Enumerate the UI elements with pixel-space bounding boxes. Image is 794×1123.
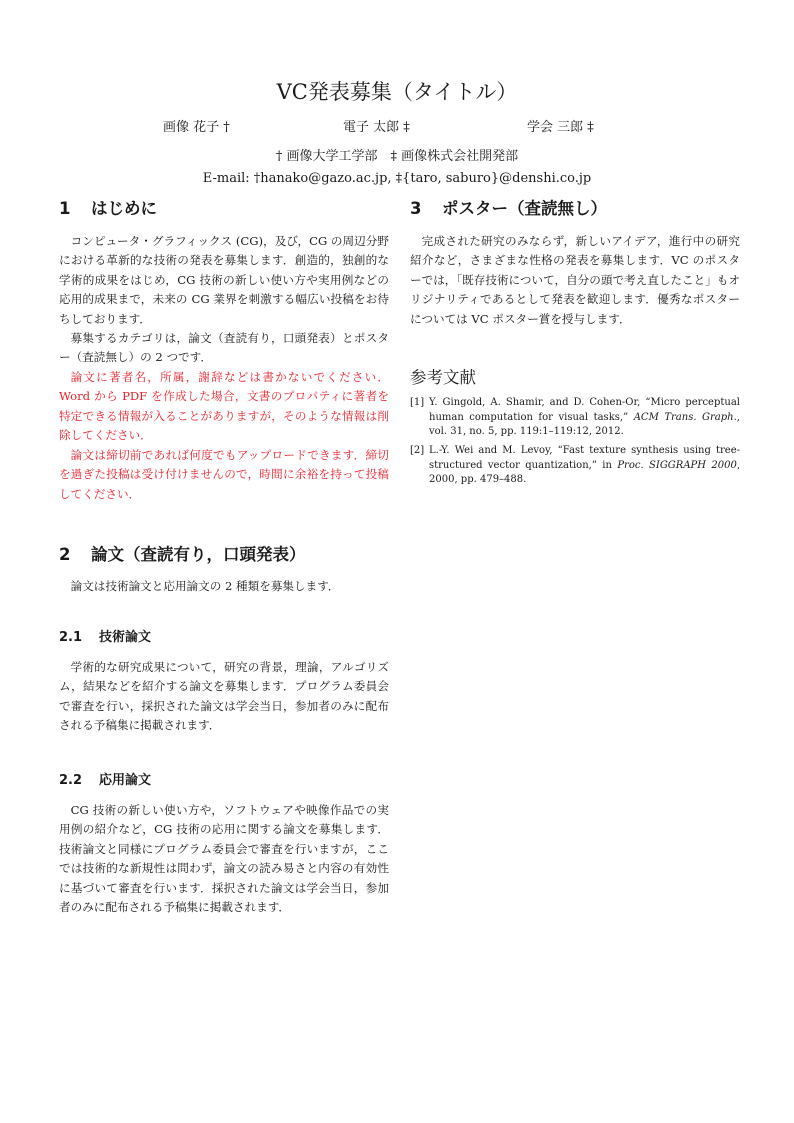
section-3-heading: 3ポスター（査読無し） — [410, 197, 607, 221]
reference-item: [2] L.-Y. Wei and M. Levoy, “Fast textur… — [410, 444, 740, 488]
subsection-2-2-paragraph: CG 技術の新しい使い方や，ソフトウェアや映像作品での実用例の紹介など，CG 技… — [59, 801, 389, 917]
section-2-paragraph: 論文は技術論文と応用論文の 2 種類を募集します． — [59, 577, 389, 596]
section-title: 論文（査読有り，口頭発表） — [91, 545, 306, 564]
section-3-paragraph: 完成された研究のみならず，新しいアイデア，進行中の研究紹介など，さまざまな性格の… — [410, 232, 740, 329]
author-2: 電子 太郎 ‡ — [343, 116, 410, 135]
section-2-heading: 2論文（査読有り，口頭発表） — [59, 543, 306, 567]
reference-label: [2] — [410, 444, 424, 459]
subsection-number: 2.1 — [59, 628, 99, 648]
subsection-title: 技術論文 — [99, 630, 151, 645]
author-3: 学会 三郎 ‡ — [527, 116, 594, 135]
section-1-warning-2: 論文は締切前であれば何度でもアップロードできます．締切を過ぎた投稿は受け付けませ… — [59, 446, 389, 504]
section-number: 1 — [59, 197, 91, 221]
section-1-heading: 1はじめに — [59, 197, 157, 221]
section-1-paragraph-1: コンピュータ・グラフィックス (CG)，及び，CG の周辺分野における革新的な技… — [59, 232, 389, 329]
reference-venue: ACM Trans. Graph. — [634, 412, 737, 423]
reference-body: L.-Y. Wei and M. Levoy, “Fast texture sy… — [429, 444, 740, 488]
subsection-2-1-paragraph: 学術的な研究成果について，研究の背景，理論，アルゴリズム，結果などを紹介する論文… — [59, 658, 389, 736]
reference-body: Y. Gingold, A. Shamir, and D. Cohen-Or, … — [429, 396, 740, 440]
affiliations: † 画像大学工学部 ‡ 画像株式会社開発部 — [0, 147, 794, 167]
reference-label: [1] — [410, 396, 424, 411]
section-title: はじめに — [91, 199, 157, 218]
section-title: ポスター（査読無し） — [442, 199, 607, 218]
section-number: 2 — [59, 543, 91, 567]
subsection-number: 2.2 — [59, 771, 99, 791]
reference-venue: Proc. SIGGRAPH 2000 — [617, 460, 737, 471]
subsection-2-1-heading: 2.1技術論文 — [59, 628, 151, 648]
author-list: 画像 花子 † 電子 太郎 ‡ 学会 三郎 ‡ — [0, 116, 794, 136]
section-1-warning-1: 論文に著者名，所属，謝辞などは書かないでください．Word から PDF を作成… — [59, 368, 389, 446]
subsection-2-2-heading: 2.2応用論文 — [59, 771, 151, 791]
section-number: 3 — [410, 197, 442, 221]
references-heading: 参考文献 — [410, 366, 476, 390]
author-1: 画像 花子 † — [163, 116, 230, 135]
subsection-title: 応用論文 — [99, 773, 151, 788]
email-line: E-mail: †hanako@gazo.ac.jp, ‡{taro, sabu… — [0, 169, 794, 189]
reference-item: [1] Y. Gingold, A. Shamir, and D. Cohen-… — [410, 396, 740, 440]
paper-title: VC発表募集（タイトル） — [0, 78, 794, 106]
section-1-paragraph-2: 募集するカテゴリは，論文（査読有り，口頭発表）とポスター（査読無し）の 2 つで… — [59, 329, 389, 368]
